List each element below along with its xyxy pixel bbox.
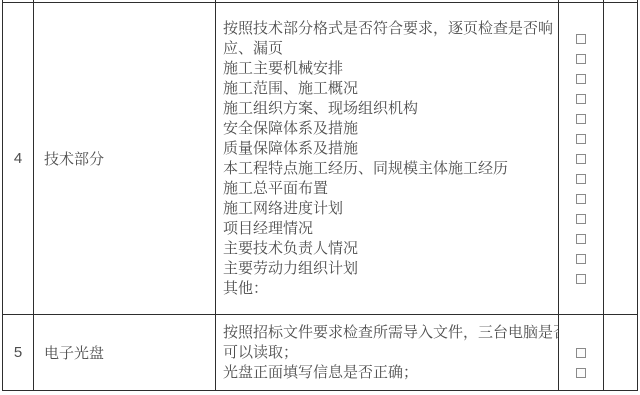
checkbox-empty-icon[interactable]	[576, 74, 586, 84]
checkbox-empty-icon[interactable]	[576, 214, 586, 224]
checkbox-empty-icon[interactable]	[576, 274, 586, 284]
item-text-line: 主要技术负责人情况	[223, 239, 558, 259]
checkbox-slot	[559, 69, 603, 89]
row-category-label: 技术部分	[34, 3, 216, 314]
checkbox-empty-icon[interactable]	[576, 94, 586, 104]
checkbox-slot	[559, 149, 603, 169]
checkbox-empty-icon[interactable]	[576, 348, 586, 358]
checkbox-slot	[559, 229, 603, 249]
checklist-table: 4 技术部分 按照技术部分格式是否符合要求，逐页检查是否响应、漏页施工主要机械安…	[2, 2, 638, 391]
checkbox-slot	[559, 343, 603, 363]
item-text-line: 可以读取；	[223, 343, 558, 363]
item-text-line: 其他：	[223, 279, 558, 299]
checkbox-empty-icon[interactable]	[576, 154, 586, 164]
row-check-items: 按照技术部分格式是否符合要求，逐页检查是否响应、漏页施工主要机械安排施工范围、施…	[216, 3, 559, 314]
item-text-line: 应、漏页	[223, 39, 558, 59]
checkbox-empty-icon[interactable]	[576, 114, 586, 124]
row-number: 4	[3, 3, 34, 314]
checkbox-empty-icon[interactable]	[576, 254, 586, 264]
row-blank-cell	[604, 315, 637, 390]
item-text-line: 本工程特点施工经历、同规模主体施工经历	[223, 159, 558, 179]
checkbox-empty-icon[interactable]	[576, 234, 586, 244]
checkbox-empty-icon[interactable]	[576, 134, 586, 144]
checkbox-slot	[559, 323, 603, 343]
row-checkbox-column	[559, 315, 604, 390]
item-text-line: 施工组织方案、现场组织机构	[223, 99, 558, 119]
table-row: 5 电子光盘 按照招标文件要求检查所需导入文件，三台电脑是否可以读取；光盘正面填…	[3, 315, 637, 390]
checkbox-empty-icon[interactable]	[576, 34, 586, 44]
item-text-line: 主要劳动力组织计划	[223, 259, 558, 279]
table-row: 4 技术部分 按照技术部分格式是否符合要求，逐页检查是否响应、漏页施工主要机械安…	[3, 3, 637, 315]
item-text-line: 施工范围、施工概况	[223, 79, 558, 99]
item-text-line: 施工总平面布置	[223, 179, 558, 199]
checkbox-empty-icon[interactable]	[576, 54, 586, 64]
checkbox-slot	[559, 89, 603, 109]
item-text-line: 施工主要机械安排	[223, 59, 558, 79]
row-blank-cell	[604, 3, 637, 314]
item-text-line: 安全保障体系及措施	[223, 119, 558, 139]
checkbox-slot	[559, 129, 603, 149]
row-checkbox-column	[559, 3, 604, 314]
row-category-label: 电子光盘	[34, 315, 216, 390]
checkbox-slot	[559, 189, 603, 209]
item-text-line: 项目经理情况	[223, 219, 558, 239]
checkbox-empty-icon[interactable]	[576, 174, 586, 184]
row-check-items: 按照招标文件要求检查所需导入文件，三台电脑是否可以读取；光盘正面填写信息是否正确…	[216, 315, 559, 390]
item-text-line: 质量保障体系及措施	[223, 139, 558, 159]
row-number: 5	[3, 315, 34, 390]
checkbox-slot	[559, 249, 603, 269]
checkbox-slot	[559, 109, 603, 129]
item-text-line: 施工网络进度计划	[223, 199, 558, 219]
checkbox-empty-icon[interactable]	[576, 368, 586, 378]
checkbox-slot	[559, 209, 603, 229]
item-text-line: 光盘正面填写信息是否正确；	[223, 363, 558, 383]
item-text-line: 按照技术部分格式是否符合要求，逐页检查是否响	[223, 19, 558, 39]
checkbox-slot	[559, 169, 603, 189]
checkbox-slot	[559, 363, 603, 383]
checkbox-slot	[559, 269, 603, 289]
checkbox-slot	[559, 49, 603, 69]
checkbox-empty-icon[interactable]	[576, 194, 586, 204]
item-text-line: 按照招标文件要求检查所需导入文件，三台电脑是否	[223, 323, 558, 343]
checkbox-slot	[559, 29, 603, 49]
document-page: 4 技术部分 按照技术部分格式是否符合要求，逐页检查是否响应、漏页施工主要机械安…	[0, 0, 640, 395]
